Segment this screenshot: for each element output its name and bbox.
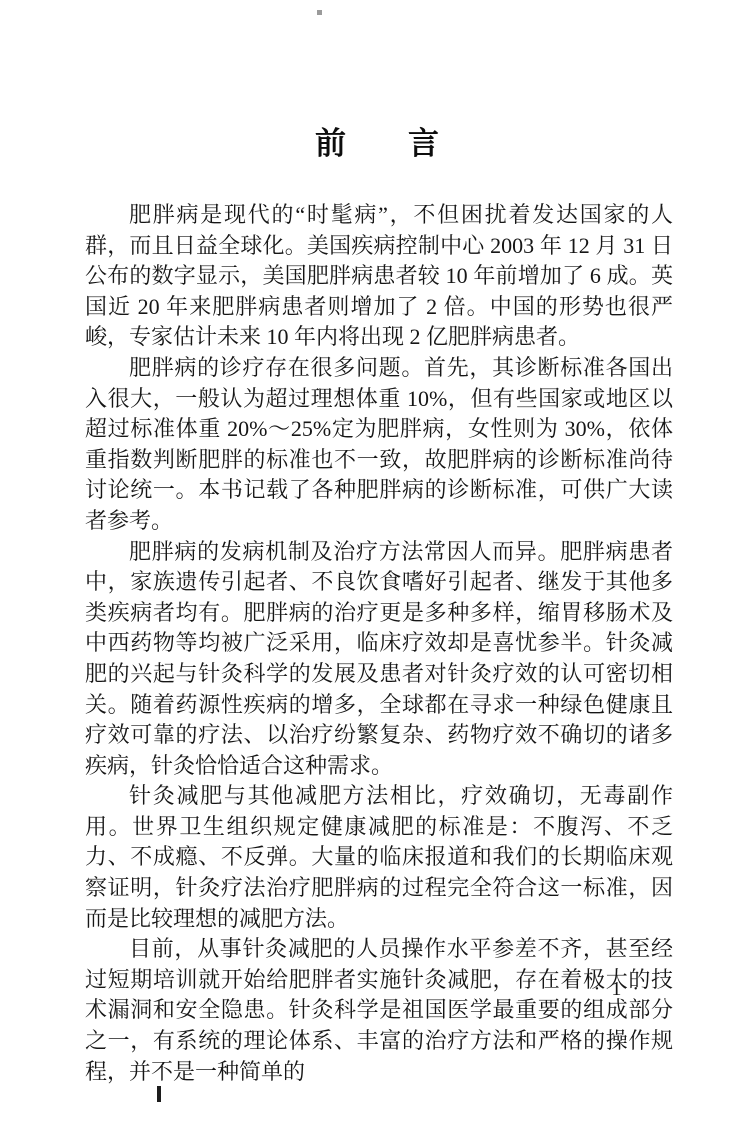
scanned-book-page: 前 言 肥胖病是现代的“时髦病”，不但困扰着发达国家的人群，而且日益全球化。美国…	[0, 0, 754, 1122]
paragraph-4: 针灸减肥与其他减肥方法相比，疗效确切，无毒副作用。世界卫生组织规定健康减肥的标准…	[85, 781, 673, 934]
paragraph-5: 目前，从事针灸减肥的人员操作水平参差不齐，甚至经过短期培训就开始给肥胖者实施针灸…	[85, 934, 673, 1087]
preface-body: 肥胖病是现代的“时髦病”，不但困扰着发达国家的人群，而且日益全球化。美国疾病控制…	[85, 200, 673, 1087]
scan-artifact-tick	[157, 1086, 161, 1102]
scan-artifact-dot	[317, 10, 322, 15]
paragraph-2: 肥胖病的诊疗存在很多问题。首先，其诊断标准各国出入很大，一般认为超过理想体重 1…	[85, 353, 673, 537]
paragraph-1: 肥胖病是现代的“时髦病”，不但困扰着发达国家的人群，而且日益全球化。美国疾病控制…	[85, 200, 673, 353]
paragraph-3: 肥胖病的发病机制及治疗方法常因人而异。肥胖病患者中，家族遗传引起者、不良饮食嗜好…	[85, 537, 673, 782]
page-number: · 1 ·	[594, 978, 642, 1001]
preface-title: 前 言	[0, 118, 754, 163]
